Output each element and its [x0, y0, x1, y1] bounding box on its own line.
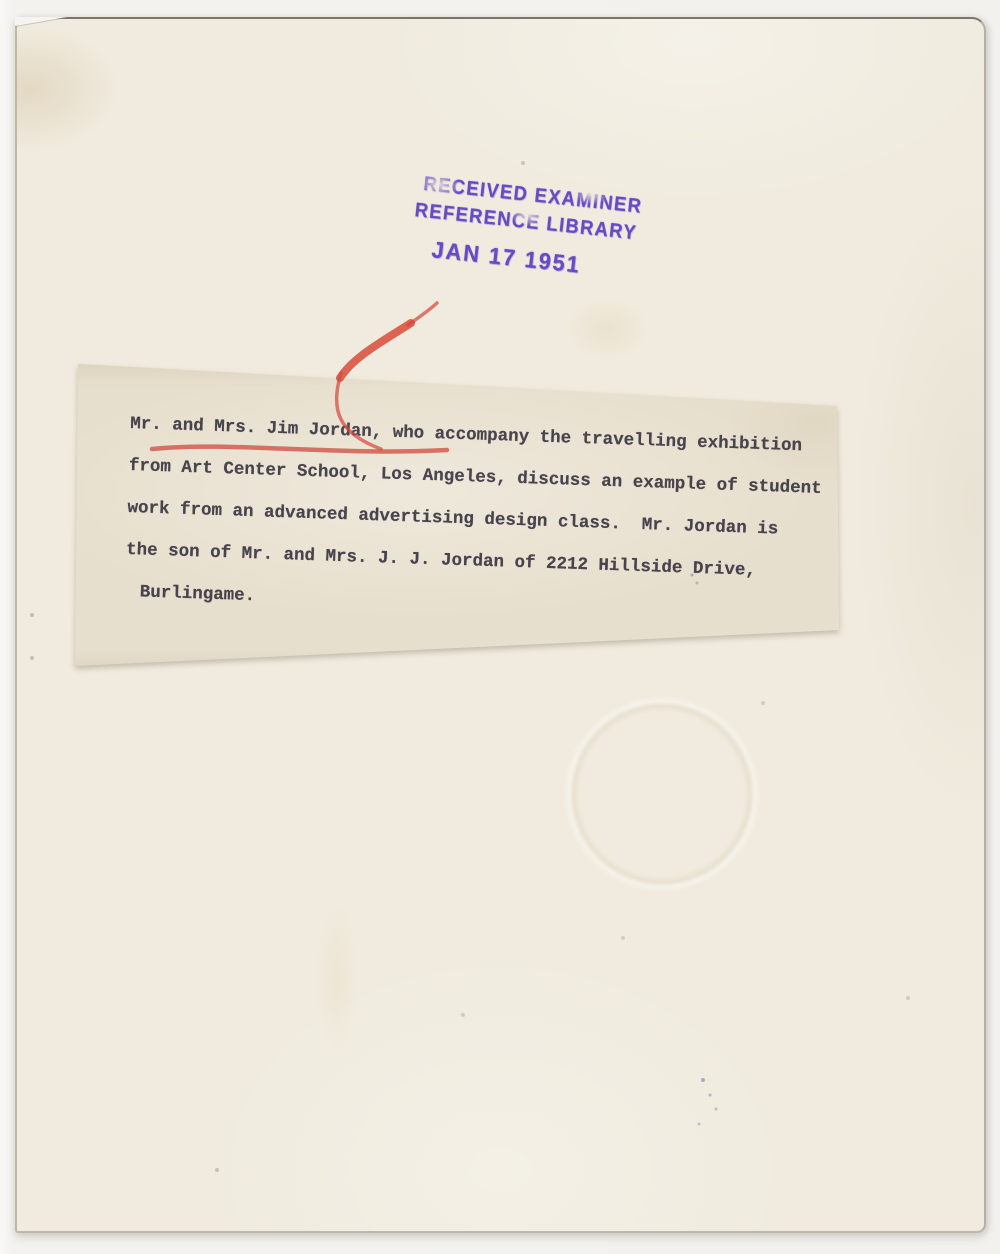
- paper-specks: [17, 19, 19, 21]
- photo-verso-paper: RECEIVED EXAMINER REFERENCE LIBRARY JAN …: [15, 17, 986, 1233]
- library-stamp: RECEIVED EXAMINER REFERENCE LIBRARY JAN …: [415, 171, 662, 286]
- photo-corner-fold: [15, 17, 67, 26]
- typed-caption: Mr. and Mrs. Jim Jordan, who accompany t…: [124, 403, 824, 636]
- caption-label-paper: Mr. and Mrs. Jim Jordan, who accompany t…: [75, 362, 839, 672]
- caption-label: Mr. and Mrs. Jim Jordan, who accompany t…: [75, 362, 839, 672]
- scan-background: { "scan": { "background_color": "#f3f2ef…: [0, 0, 1000, 1254]
